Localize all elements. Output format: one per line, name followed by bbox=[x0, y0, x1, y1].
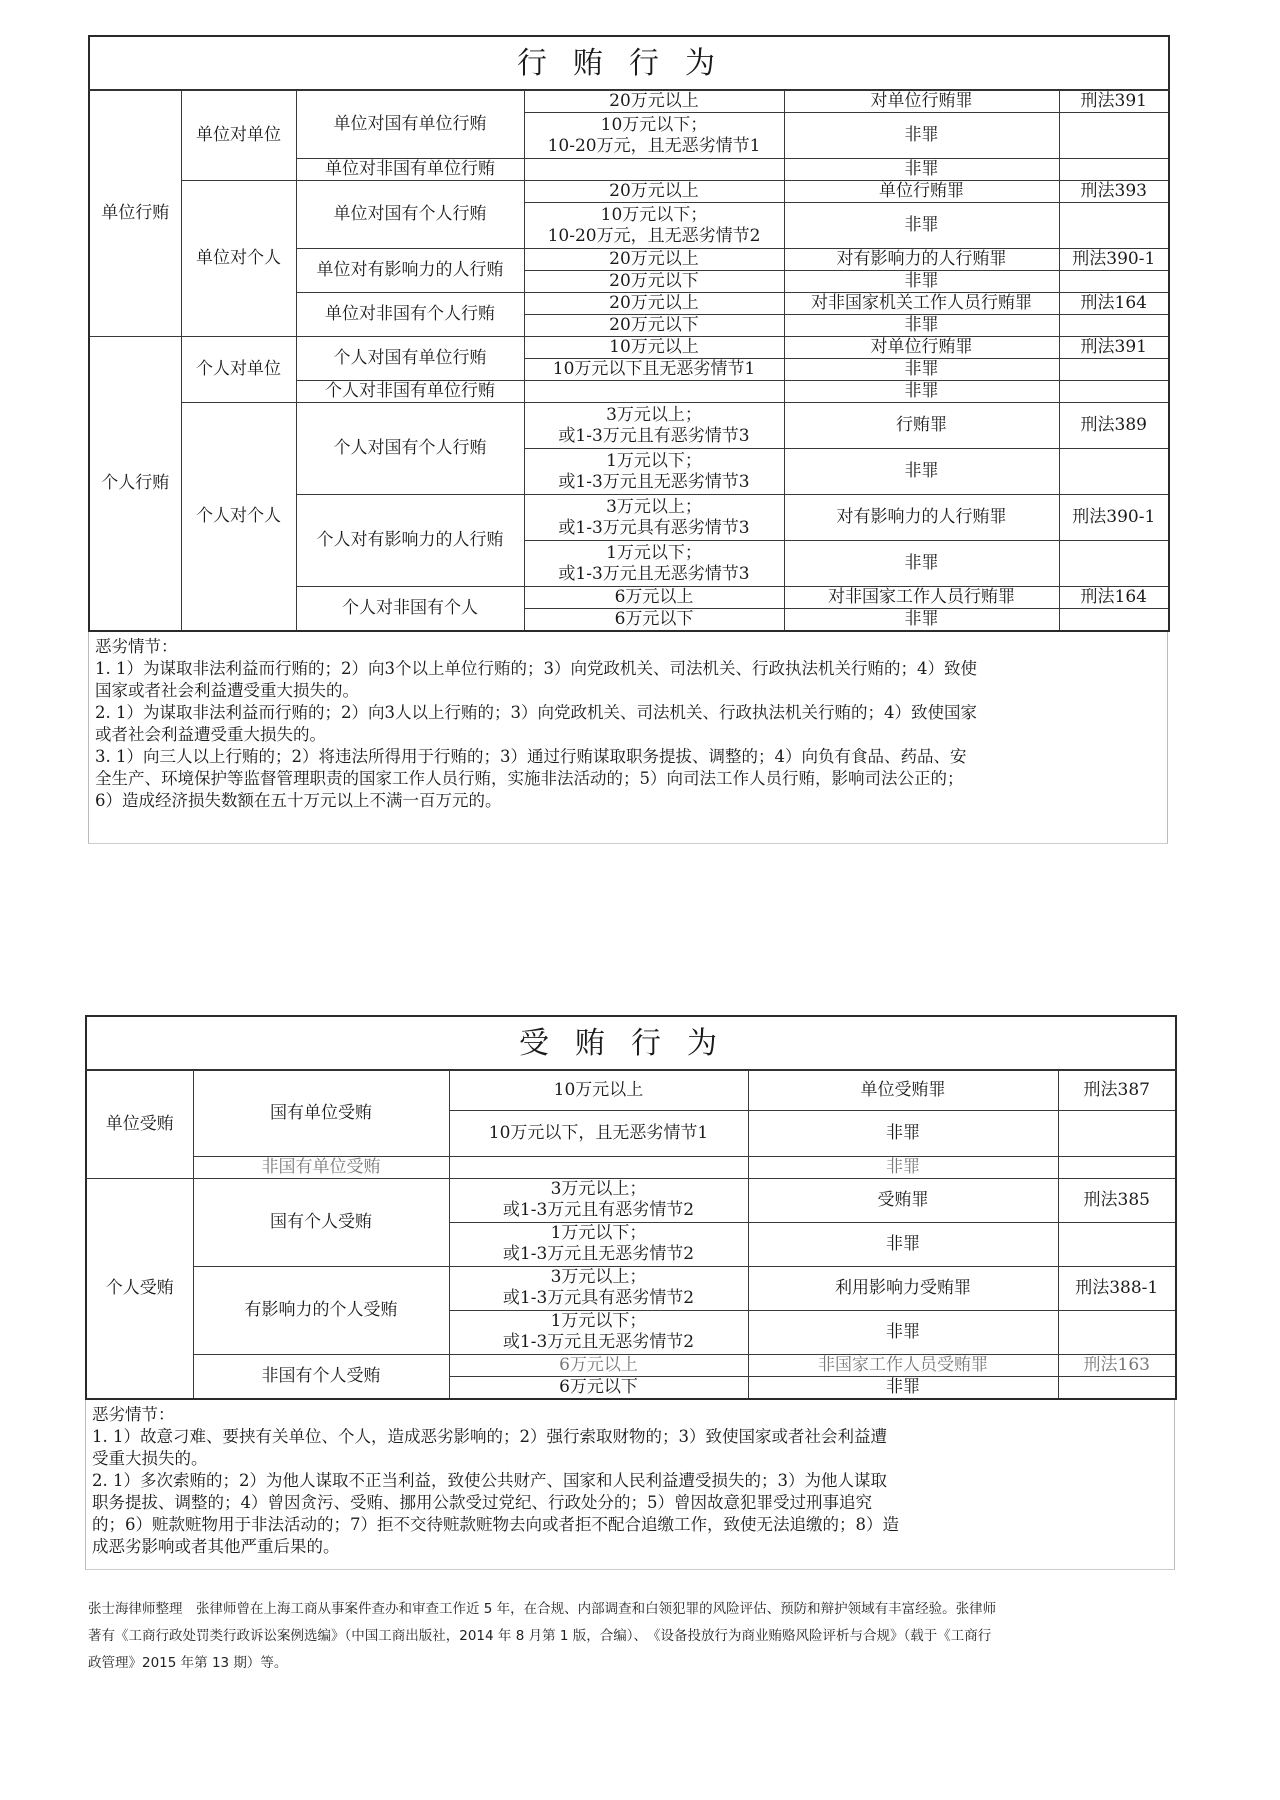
amount-cell: 3万元以上；或1-3万元且有恶劣情节3 bbox=[524, 403, 784, 449]
crime-cell: 对非国家工作人员行贿罪 bbox=[784, 587, 1059, 609]
crime-cell: 非罪 bbox=[784, 113, 1059, 159]
crime-cell: 行贿罪 bbox=[784, 403, 1059, 449]
amount-cell: 20万元以下 bbox=[524, 271, 784, 293]
crime-cell: 非罪 bbox=[748, 1222, 1058, 1266]
notes-line: 国家或者社会利益遭受重大损失的。 bbox=[95, 680, 1161, 702]
notes-line: 或者社会利益遭受重大损失的。 bbox=[95, 724, 1161, 746]
amount-cell: 10万元以上 bbox=[449, 1070, 748, 1110]
amount-cell: 10万元以上 bbox=[524, 337, 784, 359]
crime-cell: 受贿罪 bbox=[748, 1178, 1058, 1222]
crime-cell: 非罪 bbox=[748, 1156, 1058, 1178]
law-cell bbox=[1058, 1156, 1176, 1178]
crime-cell: 非罪 bbox=[748, 1376, 1058, 1399]
crime-cell: 非罪 bbox=[784, 541, 1059, 587]
category-cell: 个人受贿 bbox=[86, 1178, 193, 1399]
notes-heading: 恶劣情节： bbox=[95, 636, 1161, 658]
subcategory-cell: 个人对个人 bbox=[181, 403, 296, 632]
amount-cell: 3万元以上；或1-3万元且有恶劣情节2 bbox=[449, 1178, 748, 1222]
type-cell: 个人对国有个人行贿 bbox=[296, 403, 524, 495]
law-cell: 刑法387 bbox=[1058, 1070, 1176, 1110]
footer-line: 政管理》2015 年第 13 期）等。 bbox=[88, 1650, 1173, 1677]
type-cell: 单位对非国有个人行贿 bbox=[296, 293, 524, 337]
law-cell bbox=[1059, 449, 1169, 495]
notes-line: 成恶劣影响或者其他严重后果的。 bbox=[92, 1536, 1168, 1558]
law-cell bbox=[1058, 1310, 1176, 1354]
bribing-section: 行贿行为 单位行贿 单位对单位 单位对国有单位行贿 20万元以上 对单位行贿罪 … bbox=[88, 35, 1168, 844]
amount-cell: 1万元以下；或1-3万元且无恶劣情节2 bbox=[449, 1310, 748, 1354]
law-cell bbox=[1059, 113, 1169, 159]
law-cell bbox=[1058, 1110, 1176, 1156]
law-cell: 刑法389 bbox=[1059, 403, 1169, 449]
crime-cell: 对单位行贿罪 bbox=[784, 337, 1059, 359]
type-cell: 单位对国有个人行贿 bbox=[296, 181, 524, 249]
amount-cell: 6万元以下 bbox=[449, 1376, 748, 1399]
accepting-table: 受贿行为 单位受贿 国有单位受贿 10万元以上 单位受贿罪 刑法387 10万元… bbox=[85, 1015, 1177, 1400]
amount-cell: 1万元以下；或1-3万元且无恶劣情节2 bbox=[449, 1222, 748, 1266]
table-title: 受贿行为 bbox=[86, 1016, 1176, 1070]
crime-cell: 非罪 bbox=[784, 449, 1059, 495]
notes-line: 2. 1）为谋取非法利益而行贿的；2）向3人以上行贿的；3）向党政机关、司法机关… bbox=[95, 702, 1161, 724]
amount-cell bbox=[524, 381, 784, 403]
law-cell bbox=[1059, 359, 1169, 381]
category-cell: 个人行贿 bbox=[89, 337, 181, 632]
crime-cell: 非罪 bbox=[784, 271, 1059, 293]
type-cell: 有影响力的个人受贿 bbox=[193, 1266, 449, 1354]
crime-cell: 对非国家机关工作人员行贿罪 bbox=[784, 293, 1059, 315]
bribing-table: 行贿行为 单位行贿 单位对单位 单位对国有单位行贿 20万元以上 对单位行贿罪 … bbox=[88, 35, 1170, 632]
crime-cell: 对单位行贿罪 bbox=[784, 90, 1059, 113]
crime-cell: 对有影响力的人行贿罪 bbox=[784, 495, 1059, 541]
law-cell bbox=[1059, 381, 1169, 403]
amount-cell: 1万元以下；或1-3万元且无恶劣情节3 bbox=[524, 541, 784, 587]
amount-cell bbox=[524, 159, 784, 181]
amount-cell: 20万元以上 bbox=[524, 181, 784, 203]
law-cell bbox=[1059, 315, 1169, 337]
category-cell: 单位受贿 bbox=[86, 1070, 193, 1178]
crime-cell: 利用影响力受贿罪 bbox=[748, 1266, 1058, 1310]
type-cell: 个人对有影响力的人行贿 bbox=[296, 495, 524, 587]
amount-cell: 10万元以下；10-20万元，且无恶劣情节1 bbox=[524, 113, 784, 159]
law-cell: 刑法163 bbox=[1058, 1354, 1176, 1376]
law-cell bbox=[1059, 271, 1169, 293]
crime-cell: 非罪 bbox=[784, 381, 1059, 403]
notes-heading: 恶劣情节： bbox=[92, 1404, 1168, 1426]
table-row: 单位受贿 国有单位受贿 10万元以上 单位受贿罪 刑法387 bbox=[86, 1070, 1176, 1110]
law-cell: 刑法164 bbox=[1059, 587, 1169, 609]
table-row: 非国有个人受贿 6万元以上 非国家工作人员受贿罪 刑法163 bbox=[86, 1354, 1176, 1376]
type-cell: 非国有个人受贿 bbox=[193, 1354, 449, 1399]
type-cell: 个人对非国有个人 bbox=[296, 587, 524, 632]
table-row: 非国有单位受贿 非罪 bbox=[86, 1156, 1176, 1178]
notes-line: 1. 1）故意刁难、要挟有关单位、个人，造成恶劣影响的；2）强行索取财物的；3）… bbox=[92, 1426, 1168, 1448]
amount-cell: 6万元以下 bbox=[524, 609, 784, 632]
type-cell: 单位对国有单位行贿 bbox=[296, 90, 524, 159]
notes-line: 全生产、环境保护等监督管理职责的国家工作人员行贿，实施非法活动的；5）向司法工作… bbox=[95, 768, 1161, 790]
notes-line: 1. 1）为谋取非法利益而行贿的；2）向3个以上单位行贿的；3）向党政机关、司法… bbox=[95, 658, 1161, 680]
type-cell: 单位对有影响力的人行贿 bbox=[296, 249, 524, 293]
notes-line: 受重大损失的。 bbox=[92, 1448, 1168, 1470]
notes-line: 2. 1）多次索贿的；2）为他人谋取不正当利益，致使公共财产、国家和人民利益遭受… bbox=[92, 1470, 1168, 1492]
aggravating-circumstances-notes: 恶劣情节： 1. 1）故意刁难、要挟有关单位、个人，造成恶劣影响的；2）强行索取… bbox=[85, 1400, 1175, 1570]
footer-line: 著有《工商行政处罚类行政诉讼案例选编》（中国工商出版社，2014 年 8 月第 … bbox=[88, 1623, 1173, 1650]
law-cell: 刑法391 bbox=[1059, 337, 1169, 359]
law-cell bbox=[1059, 159, 1169, 181]
table-row: 单位对个人 单位对国有个人行贿 20万元以上 单位行贿罪 刑法393 bbox=[89, 181, 1169, 203]
law-cell bbox=[1058, 1222, 1176, 1266]
aggravating-circumstances-notes: 恶劣情节： 1. 1）为谋取非法利益而行贿的；2）向3个以上单位行贿的；3）向党… bbox=[88, 632, 1168, 844]
law-cell: 刑法385 bbox=[1058, 1178, 1176, 1222]
law-cell bbox=[1059, 203, 1169, 249]
notes-line: 3. 1）向三人以上行贿的；2）将违法所得用于行贿的；3）通过行贿谋取职务提拔、… bbox=[95, 746, 1161, 768]
amount-cell: 3万元以上；或1-3万元具有恶劣情节3 bbox=[524, 495, 784, 541]
law-cell: 刑法390-1 bbox=[1059, 495, 1169, 541]
crime-cell: 非罪 bbox=[784, 203, 1059, 249]
subcategory-cell: 单位对单位 bbox=[181, 90, 296, 181]
law-cell: 刑法391 bbox=[1059, 90, 1169, 113]
crime-cell: 非国家工作人员受贿罪 bbox=[748, 1354, 1058, 1376]
subcategory-cell: 个人对单位 bbox=[181, 337, 296, 403]
amount-cell: 10万元以下且无恶劣情节1 bbox=[524, 359, 784, 381]
category-cell: 单位行贿 bbox=[89, 90, 181, 337]
type-cell: 非国有单位受贿 bbox=[193, 1156, 449, 1178]
crime-cell: 单位行贿罪 bbox=[784, 181, 1059, 203]
table-row: 单位行贿 单位对单位 单位对国有单位行贿 20万元以上 对单位行贿罪 刑法391 bbox=[89, 90, 1169, 113]
crime-cell: 非罪 bbox=[748, 1310, 1058, 1354]
amount-cell: 10万元以下，且无恶劣情节1 bbox=[449, 1110, 748, 1156]
amount-cell: 10万元以下；10-20万元，且无恶劣情节2 bbox=[524, 203, 784, 249]
author-footer: 张士海律师整理 张律师曾在上海工商从事案件查办和审查工作近 5 年，在合规、内部… bbox=[88, 1596, 1173, 1677]
amount-cell: 3万元以上；或1-3万元具有恶劣情节2 bbox=[449, 1266, 748, 1310]
crime-cell: 非罪 bbox=[748, 1110, 1058, 1156]
amount-cell: 20万元以上 bbox=[524, 90, 784, 113]
table-title: 行贿行为 bbox=[89, 36, 1169, 90]
crime-cell: 非罪 bbox=[784, 609, 1059, 632]
table-row: 个人受贿 国有个人受贿 3万元以上；或1-3万元且有恶劣情节2 受贿罪 刑法38… bbox=[86, 1178, 1176, 1222]
law-cell: 刑法390-1 bbox=[1059, 249, 1169, 271]
law-cell: 刑法164 bbox=[1059, 293, 1169, 315]
law-cell bbox=[1059, 609, 1169, 632]
table-row: 个人对个人 个人对国有个人行贿 3万元以上；或1-3万元且有恶劣情节3 行贿罪 … bbox=[89, 403, 1169, 449]
amount-cell: 20万元以上 bbox=[524, 293, 784, 315]
table-row: 个人行贿 个人对单位 个人对国有单位行贿 10万元以上 对单位行贿罪 刑法391 bbox=[89, 337, 1169, 359]
notes-line: 的；6）赃款赃物用于非法活动的；7）拒不交待赃款赃物去向或者拒不配合追缴工作，致… bbox=[92, 1514, 1168, 1536]
table-row: 有影响力的个人受贿 3万元以上；或1-3万元具有恶劣情节2 利用影响力受贿罪 刑… bbox=[86, 1266, 1176, 1310]
amount-cell: 1万元以下；或1-3万元且无恶劣情节3 bbox=[524, 449, 784, 495]
amount-cell: 20万元以上 bbox=[524, 249, 784, 271]
amount-cell: 6万元以上 bbox=[524, 587, 784, 609]
subcategory-cell: 单位对个人 bbox=[181, 181, 296, 337]
crime-cell: 非罪 bbox=[784, 315, 1059, 337]
amount-cell bbox=[449, 1156, 748, 1178]
law-cell: 刑法388-1 bbox=[1058, 1266, 1176, 1310]
amount-cell: 6万元以上 bbox=[449, 1354, 748, 1376]
accepting-section: 受贿行为 单位受贿 国有单位受贿 10万元以上 单位受贿罪 刑法387 10万元… bbox=[85, 1015, 1175, 1570]
type-cell: 个人对非国有单位行贿 bbox=[296, 381, 524, 403]
crime-cell: 对有影响力的人行贿罪 bbox=[784, 249, 1059, 271]
type-cell: 国有个人受贿 bbox=[193, 1178, 449, 1266]
law-cell bbox=[1058, 1376, 1176, 1399]
type-cell: 单位对非国有单位行贿 bbox=[296, 159, 524, 181]
crime-cell: 非罪 bbox=[784, 359, 1059, 381]
amount-cell: 20万元以下 bbox=[524, 315, 784, 337]
footer-line: 张士海律师整理 张律师曾在上海工商从事案件查办和审查工作近 5 年，在合规、内部… bbox=[88, 1596, 1173, 1623]
crime-cell: 非罪 bbox=[784, 159, 1059, 181]
type-cell: 国有单位受贿 bbox=[193, 1070, 449, 1156]
type-cell: 个人对国有单位行贿 bbox=[296, 337, 524, 381]
notes-line: 6）造成经济损失数额在五十万元以上不满一百万元的。 bbox=[95, 790, 1161, 812]
law-cell: 刑法393 bbox=[1059, 181, 1169, 203]
crime-cell: 单位受贿罪 bbox=[748, 1070, 1058, 1110]
notes-line: 职务提拔、调整的；4）曾因贪污、受贿、挪用公款受过党纪、行政处分的；5）曾因故意… bbox=[92, 1492, 1168, 1514]
law-cell bbox=[1059, 541, 1169, 587]
